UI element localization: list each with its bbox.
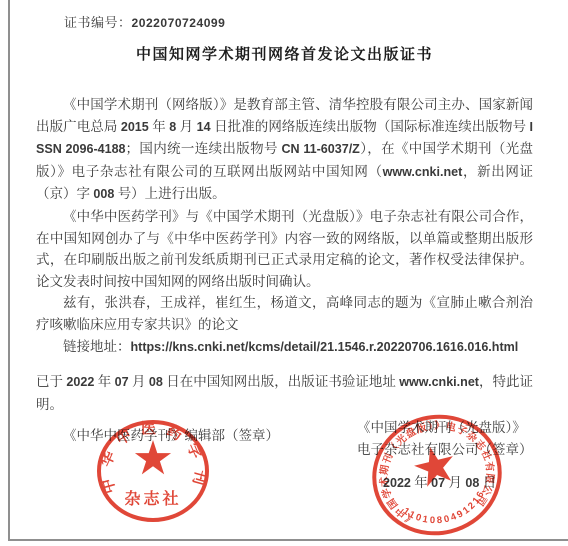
certificate-number-line: 证书编号：2022070724099 [64,12,225,31]
certificate-number-value: 2022070724099 [132,16,226,30]
page-left-border [8,0,10,540]
article-link-line: 链接地址：https://kns.cnki.net/kcms/detail/21… [36,336,533,359]
left-journal-seal-icon: 中华中医药学刊 杂志社 [96,419,210,523]
paragraph-article-authors: 兹有，张洪春，王成祥，崔红生，杨道文，高峰同志的题为《宣肺止嗽合剂治疗咳嗽临床应… [36,292,533,335]
page-title: 中国知网学术期刊网络首发论文出版证书 [36,43,533,64]
certificate-number-label: 证书编号： [64,15,132,30]
certificate-page: 证书编号：2022070724099 中国知网学术期刊网络首发论文出版证书 《中… [0,0,568,546]
right-publisher-seal-icon: 《中国学术期刊（光盘版）》电子杂志社有限公司 1101080491216 [370,413,504,537]
left-seal-bottom-text: 杂志社 [124,489,181,508]
right-seal-star-icon [411,442,459,489]
paragraph-cooperation: 《中华中医药学刊》与《中国学术期刊（光盘版）》电子杂志社有限公司合作，在中国知网… [36,206,533,292]
certificate-body: 《中国学术期刊（网络版）》是教育部主管、清华控股有限公司主办、国家新闻出版广电总… [36,94,533,415]
publication-confirm-line: 已于 2022 年 07 月 08 日在中国知网出版，出版证书验证地址 www.… [36,371,533,415]
paragraph-journal-intro: 《中国学术期刊（网络版）》是教育部主管、清华控股有限公司主办、国家新闻出版广电总… [36,94,533,206]
left-seal-star-icon [135,440,171,474]
page-bottom-border [8,539,568,541]
